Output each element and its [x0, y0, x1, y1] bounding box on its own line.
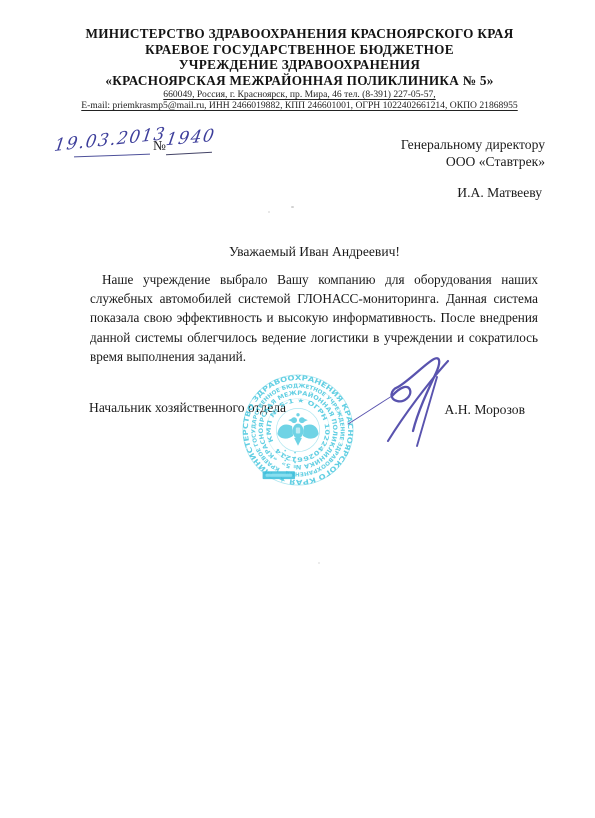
letterhead-contacts-line: E-mail: priemkrasmp5@mail.ru, ИНН 246601…: [28, 100, 571, 111]
body-line: служебных автомобилей системой ГЛОНАСС-м…: [90, 289, 538, 308]
reference-row: 19.03.2013 № 1940: [38, 128, 258, 170]
scanned-letter-page: МИНИСТЕРСТВО ЗДРАВООХРАНЕНИЯ КРАСНОЯРСКО…: [0, 0, 595, 818]
letterhead-address-line: 660049, Россия, г. Красноярск, пр. Мира,…: [28, 89, 571, 100]
handwritten-number: 1940: [164, 126, 216, 151]
body-line: данной системы облегчилось ведение логис…: [90, 328, 538, 347]
letterhead-org-line-2: УЧРЕЖДЕНИЕ ЗДРАВООХРАНЕНИЯ: [28, 57, 571, 73]
letterhead-ministry-line: МИНИСТЕРСТВО ЗДРАВООХРАНЕНИЯ КРАСНОЯРСКО…: [28, 26, 571, 42]
letterhead-clinic-name: «КРАСНОЯРСКАЯ МЕЖРАЙОННАЯ ПОЛИКЛИНИКА № …: [28, 73, 571, 89]
signature-tail-stroke: [348, 396, 392, 424]
number-blank-line: [166, 152, 212, 155]
date-blank-line: [74, 154, 150, 158]
letterhead: МИНИСТЕРСТВО ЗДРАВООХРАНЕНИЯ КРАСНОЯРСКО…: [28, 26, 571, 111]
ink-signature: [338, 348, 470, 456]
handwritten-date: 19.03.2013: [53, 124, 168, 156]
letterhead-org-line-1: КРАЕВОЕ ГОСУДАРСТВЕННОЕ БЮДЖЕТНОЕ: [28, 42, 571, 58]
scan-speck: [268, 211, 270, 213]
body-line: Наше учреждение выбрало Вашу компанию дл…: [90, 270, 538, 289]
addressee-name: И.А. Матвееву: [401, 185, 542, 202]
scan-speck: [291, 206, 294, 208]
salutation: Уважаемый Иван Андреевич!: [90, 244, 539, 260]
addressee-title: Генеральному директору: [401, 137, 545, 154]
body-line: время выполнения заданий.: [90, 347, 538, 366]
addressee-company: ООО «Ставтрек»: [401, 154, 545, 171]
letter-body: Наше учреждение выбрало Вашу компанию дл…: [90, 270, 538, 366]
body-line: показала свою эффективность и высокую ин…: [90, 308, 538, 327]
scan-speck: [318, 562, 320, 564]
stamp-banner: [263, 471, 295, 479]
addressee-block: Генеральному директору ООО «Ставтрек» И.…: [401, 137, 545, 201]
number-sign: №: [153, 138, 166, 154]
stamp-eagle-emblem: [277, 413, 318, 446]
